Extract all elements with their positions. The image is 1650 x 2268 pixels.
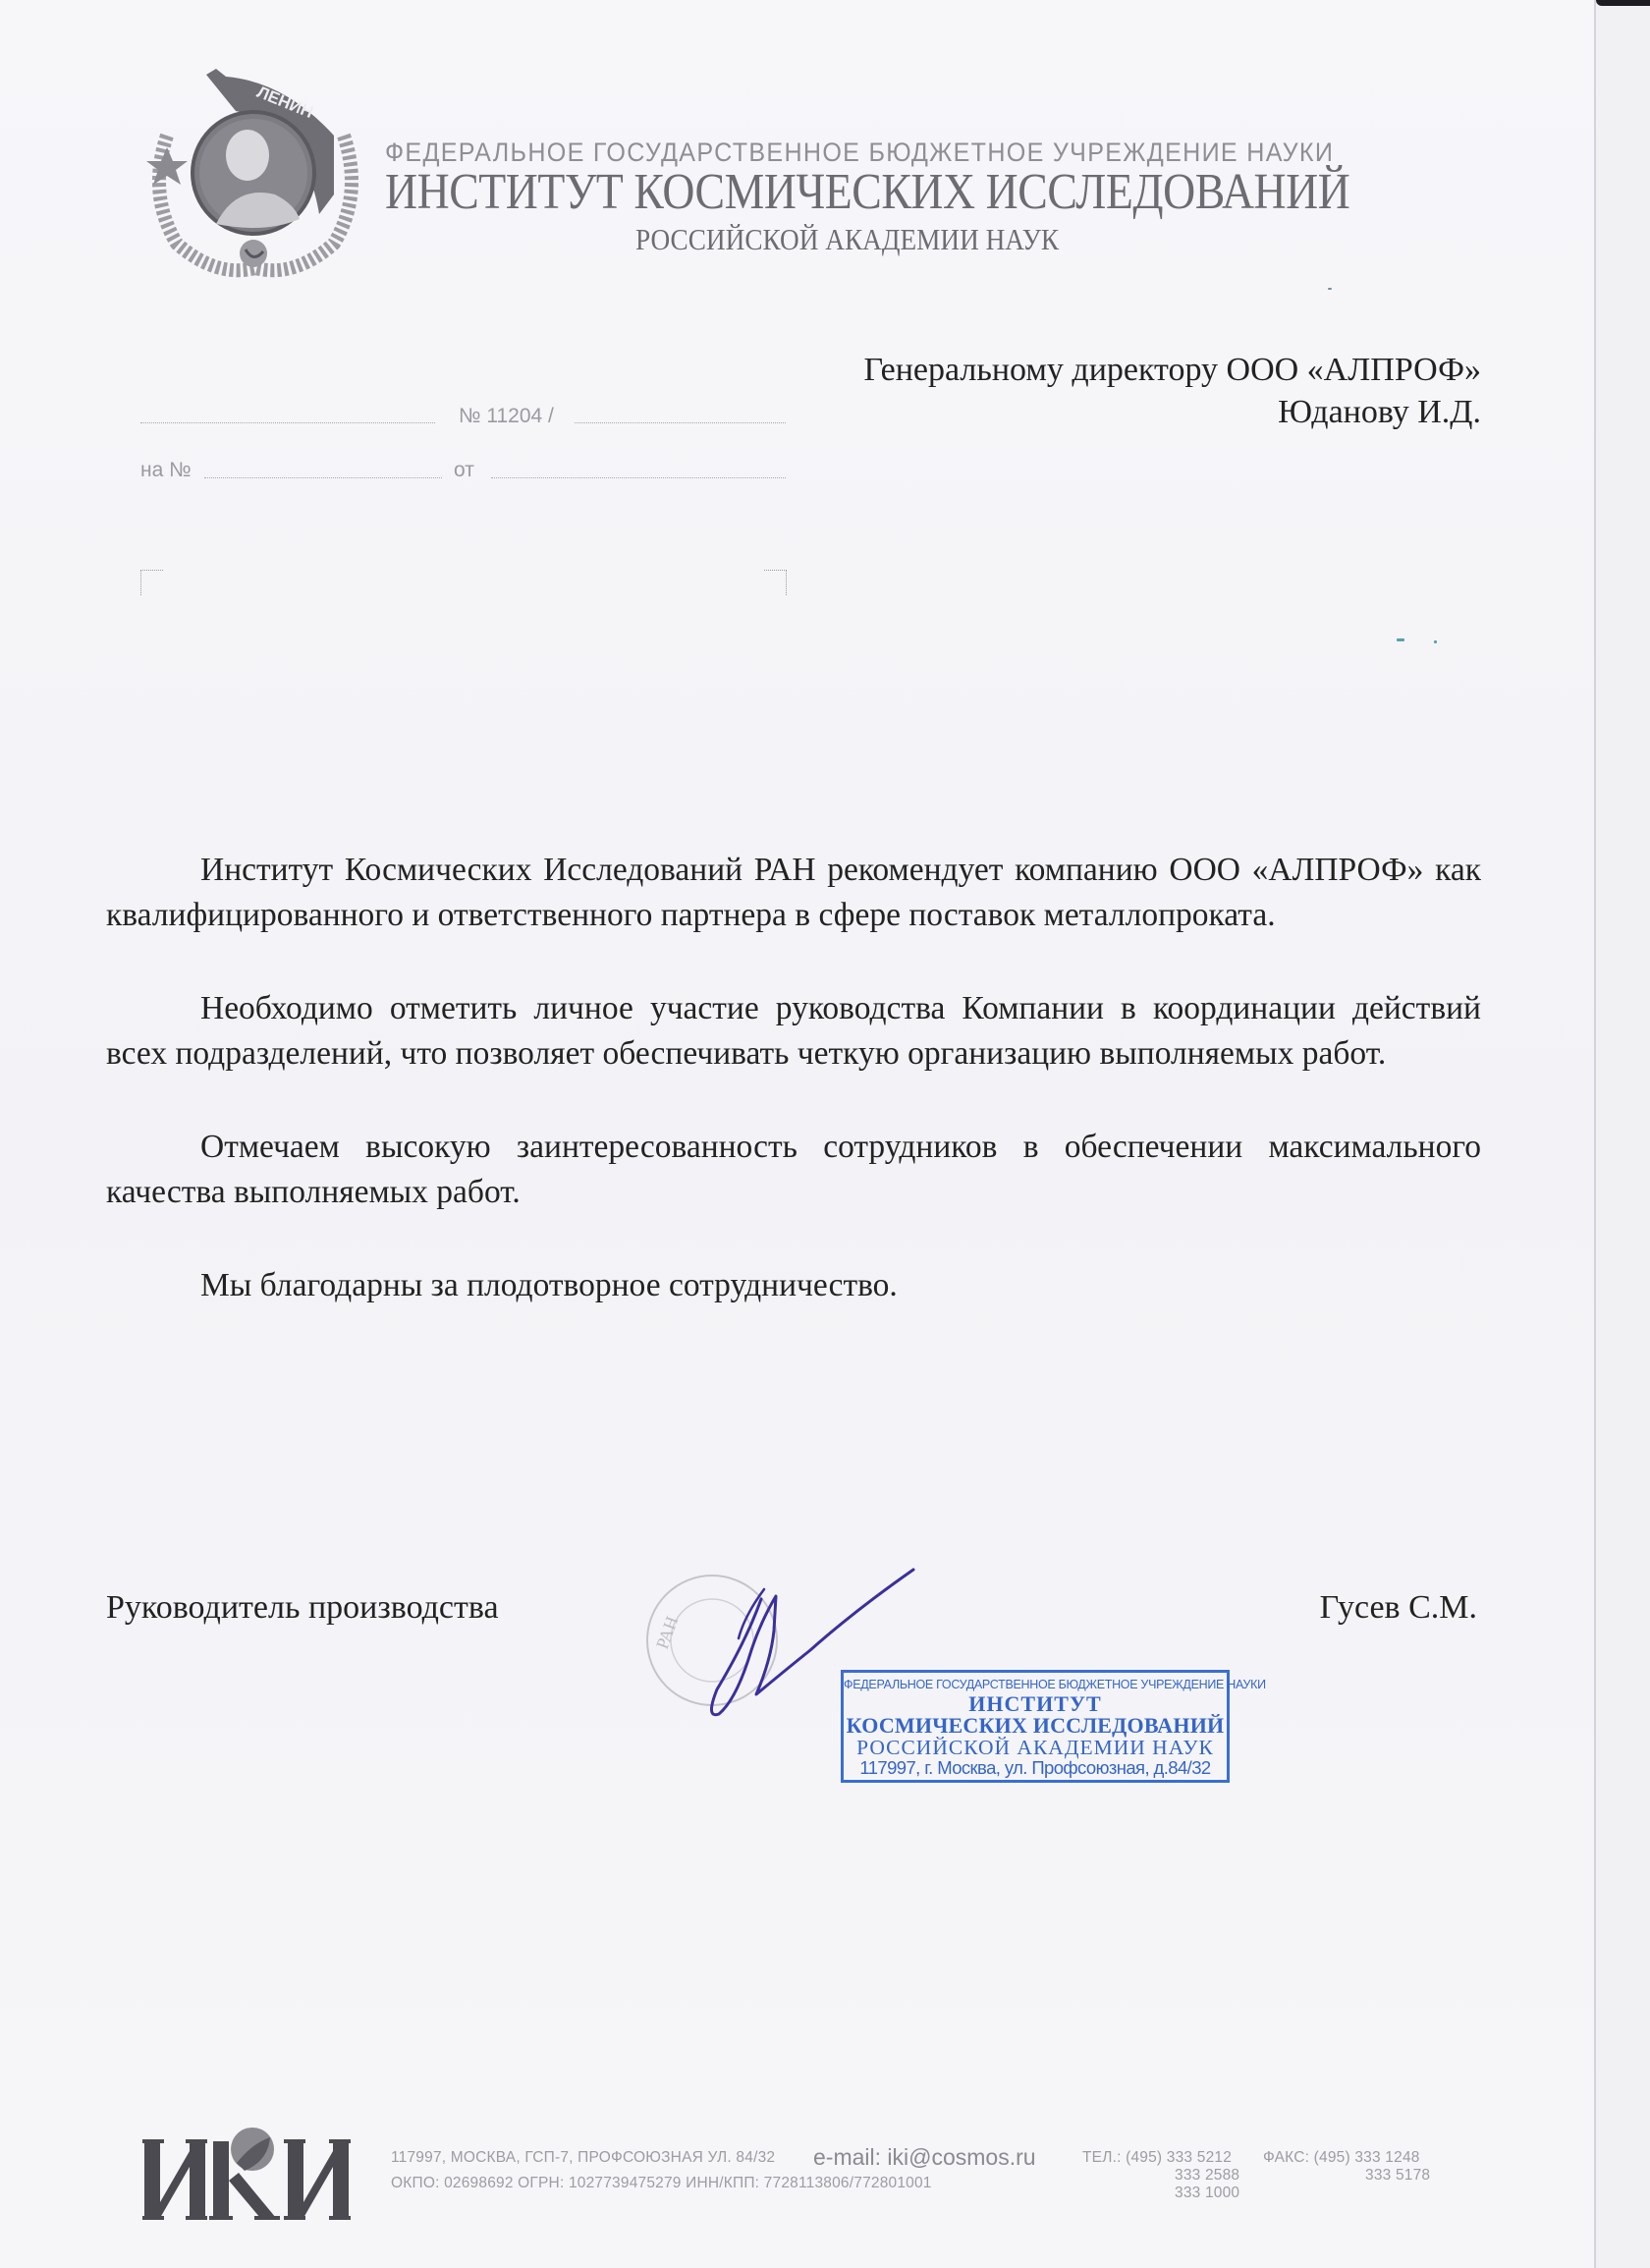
scan-speck	[1397, 638, 1404, 641]
institute-rectangular-stamp: ФЕДЕРАЛЬНОЕ ГОСУДАРСТВЕННОЕ БЮДЖЕТНОЕ УЧ…	[841, 1670, 1230, 1783]
letter-body: Институт Космических Исследований РАН ре…	[106, 848, 1481, 1356]
scan-corner-shadow	[1596, 0, 1650, 6]
reply-to-number-line	[204, 477, 442, 478]
from-date-line	[491, 477, 786, 478]
scan-margin	[1596, 0, 1650, 2268]
letterhead-institute-name: ИНСТИТУТ КОСМИЧЕСКИХ ИССЛЕДОВАНИЙ	[385, 167, 1349, 218]
reply-to-label: на №	[140, 459, 192, 482]
footer-email: e-mail: iki@cosmos.ru	[813, 2144, 1036, 2171]
address-bracket-right	[764, 570, 787, 595]
scan-speck	[1434, 640, 1437, 643]
body-paragraph: Отмечаем высокую заинтересованность сотр…	[106, 1125, 1481, 1215]
stamp-institute-name: КОСМИЧЕСКИХ ИССЛЕДОВАНИЙ	[844, 1715, 1227, 1737]
footer-phone-2: 333 2588	[1175, 2167, 1239, 2185]
stamp-institute: ИНСТИТУТ	[844, 1693, 1227, 1715]
footer-registry: ОКПО: 02698692 ОГРН: 1027739475279 ИНН/К…	[391, 2175, 932, 2192]
stamp-academy: РОССИЙСКОЙ АКАДЕМИИ НАУК	[844, 1738, 1227, 1759]
addressee-position: Генеральному директору ООО «АЛПРОФ»	[864, 349, 1481, 391]
address-bracket-left	[140, 570, 163, 595]
body-paragraph: Мы благодарны за плодотворное сотрудниче…	[106, 1263, 1481, 1308]
addressee-name: Юданову И.Д.	[864, 391, 1481, 433]
scan-speck	[1328, 288, 1332, 290]
letterhead-academy-name: РОССИЙСКОЙ АКАДЕМИИ НАУК	[635, 224, 1059, 254]
stamp-org-type: ФЕДЕРАЛЬНОЕ ГОСУДАРСТВЕННОЕ БЮДЖЕТНОЕ УЧ…	[844, 1679, 1227, 1691]
from-date-label: от	[454, 459, 474, 482]
footer-fax-2: 333 5178	[1365, 2167, 1430, 2185]
addressee-block: Генеральному директору ООО «АЛПРОФ» Юдан…	[864, 349, 1481, 433]
date-field-line	[140, 422, 435, 423]
body-paragraph: Институт Космических Исследований РАН ре…	[106, 848, 1481, 938]
footer-phone-3: 333 1000	[1175, 2185, 1239, 2202]
outgoing-number-label: № 11204 /	[459, 405, 554, 428]
footer-fax: ФАКС: (495) 333 1248	[1263, 2149, 1420, 2167]
stamp-address: 117997, г. Москва, ул. Профсоюзная, д.84…	[844, 1759, 1227, 1778]
signer-name: Гусев С.М.	[1320, 1589, 1477, 1627]
footer-phone: ТЕЛ.: (495) 333 5212	[1082, 2149, 1232, 2167]
outgoing-number-line	[575, 422, 786, 423]
order-of-lenin-emblem-icon: ЛЕНИН	[137, 57, 373, 278]
iki-logo-icon	[142, 2124, 354, 2222]
footer-address: 117997, МОСКВА, ГСП-7, ПРОФСОЮЗНАЯ УЛ. 8…	[391, 2149, 775, 2167]
body-paragraph: Необходимо отметить личное участие руков…	[106, 986, 1481, 1077]
signer-title: Руководитель производства	[106, 1589, 499, 1627]
